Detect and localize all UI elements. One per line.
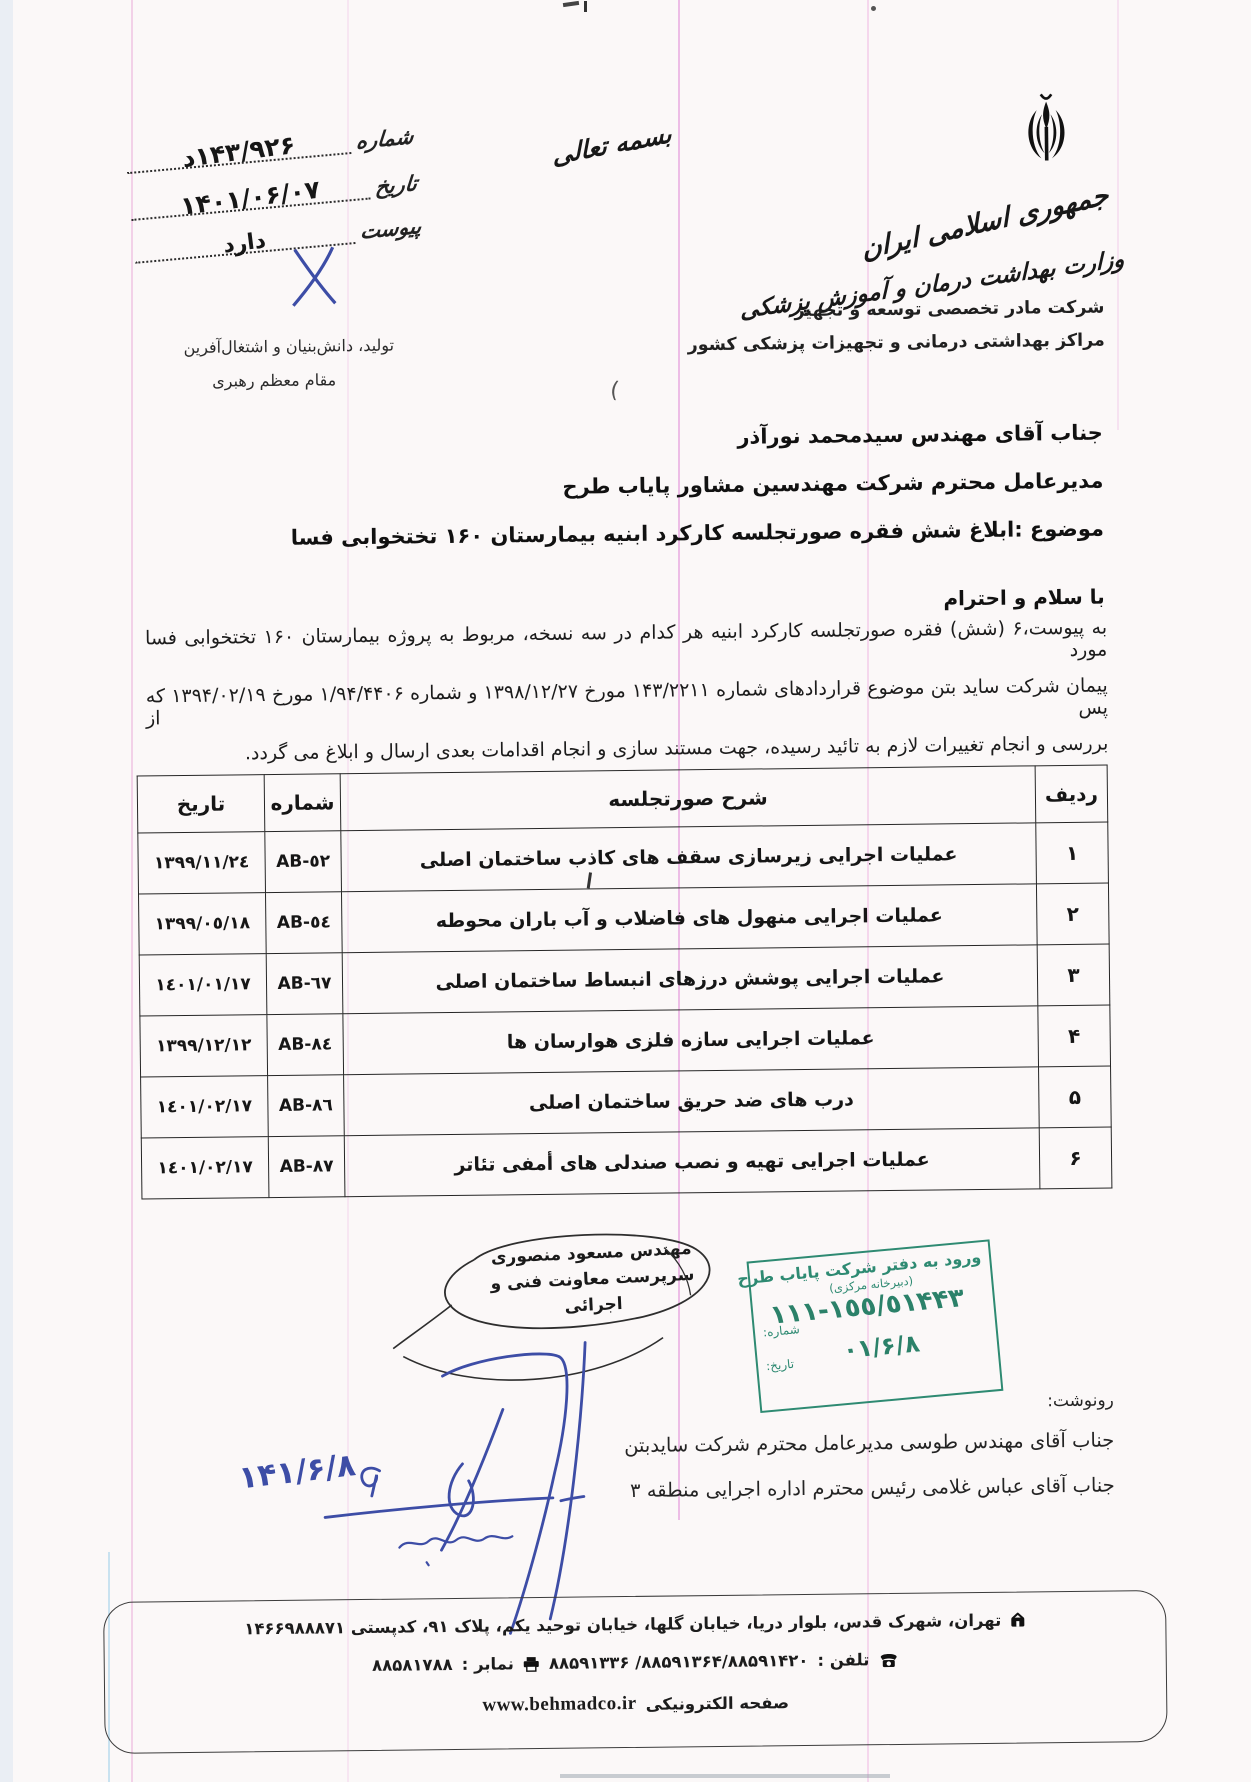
col-header-description: شرح صورتجلسه [340, 766, 1036, 831]
dotted-leader: ۱۴۰۱/۰۶/۰۷ [129, 169, 371, 221]
cc-item-1: جناب آقای مهندس طوسی مدیرعامل محترم شرکت… [624, 1428, 1114, 1457]
footer-address-line: تهران، شهرک قدس، بلوار دریا، خیابان گلها… [104, 1609, 1165, 1640]
letter-number-row: شماره ۱۴۳/۹۲۶د [125, 117, 419, 174]
cell-date: ١٤٠١/٠٢/١٧ [141, 1137, 269, 1199]
letter-number-value: ۱۴۳/۹۲۶د [180, 130, 296, 173]
registry-stamp: ورود به دفتر شرکت پایاب طرح (دبیرخانه مر… [747, 1239, 1004, 1413]
signatory-title: سرپرست معاونت فنی و اجرائی [472, 1261, 714, 1324]
body-line-2: پیمان شرکت ساید بتن موضوع قراردادهای شما… [146, 675, 1108, 730]
slogan-line-2: مقام معظم رهبری [154, 370, 394, 392]
stamp-date-value: ۰۱/۶/۸ [840, 1329, 922, 1364]
cell-code: AB-٨٧ [268, 1136, 345, 1198]
footer-phone-line: تلفن : ۸۸۵۹۱۳۳۶ /۸۸۵۹۱۳۶۴/۸۸۵۹۱۴۲۰ نمابر… [105, 1647, 1166, 1678]
cell-date: ١٣٩٩/١٢/١٢ [140, 1015, 268, 1077]
iran-emblem-icon [1013, 91, 1080, 176]
cell-row-number: ۱ [1036, 822, 1109, 884]
col-header-row-number: ردیف [1035, 765, 1108, 823]
body-line-1: به پیوست،۶ (شش) فقره صورتجلسه کارکرد ابن… [145, 617, 1107, 672]
handwritten-date: ۱۴۱/۶/۸ [237, 1447, 358, 1496]
salutation: با سلام و احترام [943, 585, 1105, 611]
cell-description: عملیات اجرایی پوشش درزهای انبساط ساختمان… [342, 945, 1038, 1014]
cell-row-number: ۳ [1037, 944, 1110, 1006]
cell-description: عملیات اجرایی تهیه و نصب صندلی های أمفی … [344, 1128, 1040, 1197]
cell-code: AB-٨٦ [268, 1075, 345, 1137]
footer-web-url: www.behmadco.ir [482, 1693, 636, 1717]
cell-row-number: ۲ [1036, 883, 1109, 945]
col-header-code: شماره [264, 774, 341, 832]
dotted-leader: دارد [133, 217, 355, 264]
table-row: ۶ عملیات اجرایی تهیه و نصب صندلی های أمف… [141, 1127, 1112, 1199]
recipient-line-2: مدیرعامل محترم شرکت مهندسین مشاور پایاب … [562, 469, 1103, 499]
cell-description: عملیات اجرایی سازه فلزی هوارسان ها [343, 1006, 1039, 1075]
cell-code: AB-٥٤ [265, 892, 342, 954]
stamp-date-label: تاریخ: [766, 1357, 795, 1373]
recipient-line-1: جناب آقای مهندس سیدمحمد نورآذر [737, 421, 1103, 449]
cell-row-number: ۴ [1038, 1005, 1111, 1067]
footer-web-label: صفحه الکترونیکی [646, 1693, 790, 1714]
table-row: ۳ عملیات اجرایی پوشش درزهای انبساط ساختم… [139, 944, 1110, 1016]
number-label: شماره [355, 124, 418, 154]
cell-row-number: ۶ [1039, 1127, 1112, 1189]
dotted-leader: ۱۴۳/۹۲۶د [125, 123, 352, 174]
cell-description: عملیات اجرایی زیرسازی سقف های کاذب ساختم… [341, 823, 1037, 892]
cell-date: ١٤٠١/٠٢/١٧ [141, 1076, 269, 1138]
footer-fax-number: ۸۸۵۸۱۷۸۸ [372, 1655, 453, 1675]
col-header-date: تاریخ [137, 775, 265, 833]
cell-description: درب های ضد حریق ساختمان اصلی [344, 1067, 1040, 1136]
footer-address: تهران، شهرک قدس، بلوار دریا، خیابان گلها… [244, 1611, 1001, 1639]
footer-web-line: صفحه الکترونیکی www.behmadco.ir [105, 1687, 1166, 1721]
cc-item-2: جناب آقای عباس غلامی رئیس محترم اداره اج… [630, 1473, 1115, 1501]
attachment-label: پیوست [359, 214, 426, 244]
org-lines: شرکت مادر تخصصی توسعه و تجهیز مراکز بهدا… [687, 292, 1105, 363]
table-row: ۵ درب های ضد حریق ساختمان اصلی AB-٨٦ ١٤٠… [141, 1066, 1112, 1138]
letter-date-row: تاریخ ۱۴۰۱/۰۶/۰۷ [129, 164, 423, 221]
slogan-line-1: تولید، دانش‌بنیان و اشتغال‌آفرین [154, 335, 424, 357]
cell-date: ١٣٩٩/١١/٢٤ [138, 832, 266, 894]
besmellah-calligraphy: بسمه تعالی [552, 119, 672, 171]
attachment-value: دارد [222, 228, 268, 258]
fax-icon [523, 1656, 540, 1672]
cell-code: AB-٦٧ [266, 953, 343, 1015]
phone-icon [878, 1651, 898, 1668]
footer-fax-label: نمابر : [462, 1654, 514, 1674]
cell-row-number: ۵ [1039, 1066, 1112, 1128]
body-line-3: بررسی و انجام تغییرات لازم به تائید رسید… [146, 733, 1108, 766]
cc-label: رونوشت: [1047, 1390, 1114, 1411]
cell-code: AB-٨٤ [267, 1014, 344, 1076]
table-row: ۴ عملیات اجرایی سازه فلزی هوارسان ها AB-… [140, 1005, 1111, 1077]
org-line-2: مراکز بهداشتی درمانی و تجهیزات پزشکی کشو… [687, 325, 1105, 363]
table-row: ۲ عملیات اجرایی منهول های فاضلاب و آب با… [139, 883, 1110, 955]
scanned-letter: { "letterhead": { "number_label": "شماره… [0, 0, 1251, 1782]
footer-phone-label: تلفن : [817, 1650, 869, 1670]
attachment-row: پیوست دارد [133, 211, 426, 264]
cell-code: AB-٥٢ [265, 831, 342, 893]
subject-line: موضوع :ابلاغ شش فقره صورتجلسه کارکرد ابن… [291, 517, 1104, 550]
address-icon [1010, 1613, 1025, 1628]
cell-date: ١٤٠١/٠١/١٧ [139, 954, 267, 1016]
letter-date-value: ۱۴۰۱/۰۶/۰۷ [179, 175, 322, 221]
minutes-table: ردیف شرح صورتجلسه شماره تاریخ ۱ عملیات ا… [137, 765, 1113, 1200]
org-line-1: شرکت مادر تخصصی توسعه و تجهیز [687, 292, 1105, 330]
footer-box: تهران، شهرک قدس، بلوار دریا، خیابان گلها… [103, 1590, 1168, 1754]
footer-phone-numbers: ۸۸۵۹۱۳۳۶ /۸۸۵۹۱۳۶۴/۸۸۵۹۱۴۲۰ [549, 1651, 809, 1673]
cell-description: عملیات اجرایی منهول های فاضلاب و آب بارا… [341, 884, 1037, 953]
pen-mark: ( [609, 378, 621, 404]
table-row: ۱ عملیات اجرایی زیرسازی سقف های کاذب ساخ… [138, 822, 1109, 894]
signatory-block: مهندس مسعود منصوری سرپرست معاونت فنی و ا… [471, 1235, 714, 1324]
date-label: تاریخ [375, 171, 423, 199]
page-content: شماره ۱۴۳/۹۲۶د تاریخ ۱۴۰۱/۰۶/۰۷ پیوست دا… [0, 0, 1251, 1782]
letterhead-number-block: شماره ۱۴۳/۹۲۶د تاریخ ۱۴۰۱/۰۶/۰۷ پیوست دا… [125, 117, 428, 280]
cell-date: ١٣٩٩/٠٥/١٨ [139, 893, 267, 955]
